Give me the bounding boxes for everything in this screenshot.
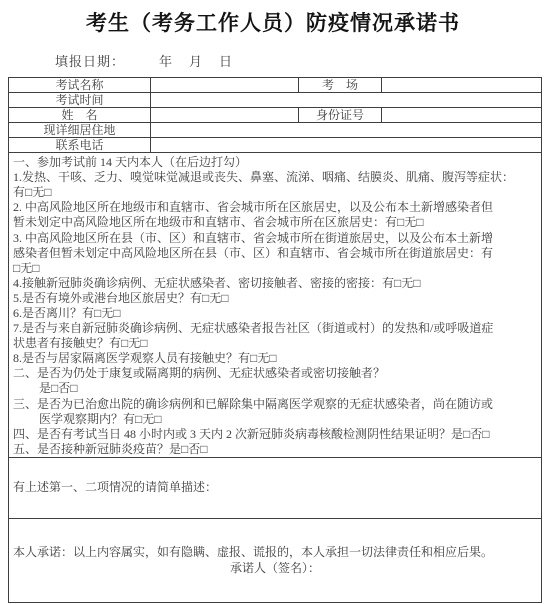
promise-statement: 本人承诺：以上内容属实，如有隐瞒、虚报、谎报的，本人承担一切法律责任和相应后果。 bbox=[13, 545, 537, 561]
exam-name-label: 考试名称 bbox=[9, 78, 151, 93]
day-label: 日 bbox=[219, 54, 233, 69]
table-row: 现详细居住地 bbox=[9, 123, 542, 138]
describe-label: 有上述第一、二项情况的请简单描述： bbox=[13, 480, 537, 496]
phone-label: 联系电话 bbox=[9, 138, 151, 153]
table-row: 考试时间 bbox=[9, 93, 542, 108]
fill-date-line: 填报日期：年月日 bbox=[55, 51, 546, 68]
fill-date-label: 填报日期： bbox=[55, 54, 125, 69]
table-row: 本人承诺：以上内容属实，如有隐瞒、虚报、谎报的，本人承担一切法律责任和相应后果。… bbox=[9, 519, 542, 603]
declaration-line: 5.是否有境外或港台地区旅居史？有□无□ bbox=[13, 291, 538, 306]
describe-field[interactable]: 有上述第一、二项情况的请简单描述： bbox=[9, 458, 542, 519]
declaration-line: 4.接触新冠肺炎确诊病例、无症状感染者、密切接触者、密接的密接：有□无□ bbox=[13, 276, 538, 291]
table-row: 考试名称 考 场 bbox=[9, 78, 542, 93]
declaration-line: 状患者有接触史？有□无□ bbox=[13, 336, 538, 351]
declaration-line: 暂未划定中高风险地区所在地级市和直辖市、省会城市所在区旅居史：有□无□ bbox=[13, 215, 538, 230]
declaration-line: 6.是否离川？有□无□ bbox=[13, 306, 538, 321]
promise-form-page: 考生（考务工作人员）防疫情况承诺书 填报日期：年月日 考试名称 考 场 考试时间… bbox=[0, 7, 546, 604]
signature-label[interactable]: 承诺人（签名）： bbox=[13, 561, 537, 577]
declaration-line: 是□否□ bbox=[13, 381, 538, 396]
declaration-line: 三、是否为已治愈出院的确诊病例和已解除集中隔离医学观察的无症状感染者，尚在随访或 bbox=[13, 397, 538, 412]
venue-label: 考 场 bbox=[299, 78, 382, 93]
year-label: 年 bbox=[159, 54, 173, 69]
id-number-label: 身份证号 bbox=[299, 108, 382, 123]
declaration-line: □无□ bbox=[13, 261, 538, 276]
month-label: 月 bbox=[189, 54, 203, 69]
declaration-line: 3. 中高风险地区所在县（市、区）和直辖市、省会城市所在街道旅居史，以及公布本土… bbox=[13, 231, 538, 246]
address-field[interactable] bbox=[151, 123, 542, 138]
declaration-line: 四、是否有考试当日 48 小时内或 3 天内 2 次新冠肺炎病毒核酸检测阴性结果… bbox=[13, 427, 538, 442]
table-row: 一、参加考试前 14 天内本人（在后边打勾）1.发热、干咳、乏力、嗅觉味觉减退或… bbox=[9, 153, 542, 458]
declaration-line: 医学观察期内？有□无□ bbox=[13, 412, 538, 427]
address-label: 现详细居住地 bbox=[9, 123, 151, 138]
exam-name-field[interactable] bbox=[151, 78, 299, 93]
declaration-line: 五、是否接种新冠肺炎疫苗？是□否□ bbox=[13, 442, 538, 457]
promise-section: 本人承诺：以上内容属实，如有隐瞒、虚报、谎报的，本人承担一切法律责任和相应后果。… bbox=[9, 519, 542, 603]
declaration-line: 感染者但暂未划定中高风险地区所在县（市、区）和直辖市、省会城市所在街道旅居史：有 bbox=[13, 246, 538, 261]
exam-time-label: 考试时间 bbox=[9, 93, 151, 108]
declaration-line: 8.是否与居家隔离医学观察人员有接触史？有□无□ bbox=[13, 351, 538, 366]
table-row: 姓 名 身份证号 bbox=[9, 108, 542, 123]
page-title: 考生（考务工作人员）防疫情况承诺书 bbox=[0, 7, 546, 37]
id-number-field[interactable] bbox=[382, 108, 542, 123]
declaration-line: 7.是否与来自新冠肺炎确诊病例、无症状感染者报告社区（街道或村）的发热和/或呼吸… bbox=[13, 321, 538, 336]
declaration-section: 一、参加考试前 14 天内本人（在后边打勾）1.发热、干咳、乏力、嗅觉味觉减退或… bbox=[9, 153, 542, 458]
form-table: 考试名称 考 场 考试时间 姓 名 身份证号 现详细居住地 联系电话 一、参加考… bbox=[8, 77, 542, 603]
declaration-line: 二、是否为仍处于康复或隔离期的病例、无症状感染者或密切接触者？ bbox=[13, 366, 538, 381]
table-row: 有上述第一、二项情况的请简单描述： bbox=[9, 458, 542, 519]
table-row: 联系电话 bbox=[9, 138, 542, 153]
name-field[interactable] bbox=[151, 108, 299, 123]
declaration-line: 1.发热、干咳、乏力、嗅觉味觉减退或丧失、鼻塞、流涕、咽痛、结膜炎、肌痛、腹泻等… bbox=[13, 170, 538, 185]
declaration-line: 一、参加考试前 14 天内本人（在后边打勾） bbox=[13, 155, 538, 170]
declaration-line: 有□无□ bbox=[13, 185, 538, 200]
name-label: 姓 名 bbox=[9, 108, 151, 123]
declaration-line: 2. 中高风险地区所在地级市和直辖市、省会城市所在区旅居史，以及公布本土新增感染… bbox=[13, 200, 538, 215]
phone-field[interactable] bbox=[151, 138, 542, 153]
exam-time-field[interactable] bbox=[151, 93, 542, 108]
venue-field[interactable] bbox=[382, 78, 542, 93]
